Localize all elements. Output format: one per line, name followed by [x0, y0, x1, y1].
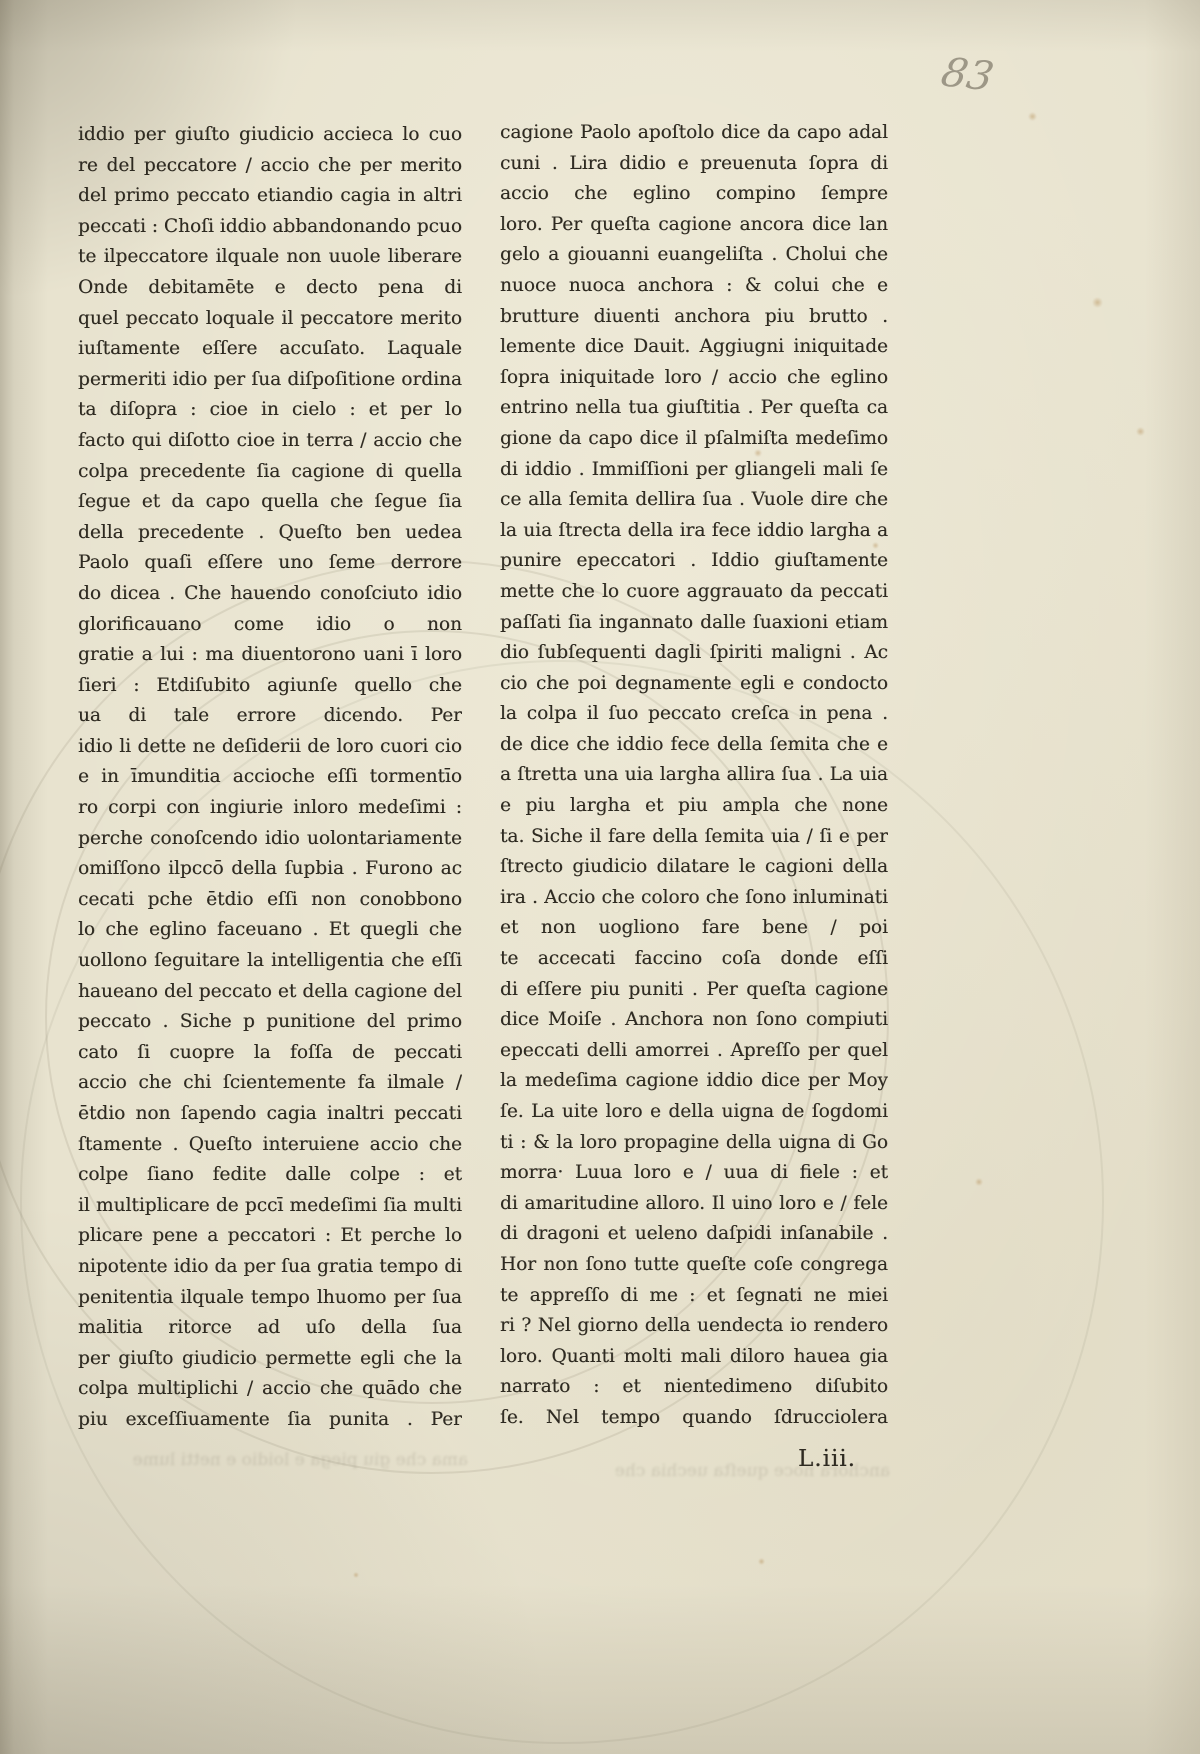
- showthrough-text: ama che giu piega e loidio e netti lume: [90, 1450, 468, 1470]
- text-line: la uia ſtrecta della ira fece iddio larg…: [500, 516, 888, 547]
- foxing-spot: [1092, 297, 1103, 308]
- text-line: di dragoni et ueleno daſpidi inſanabile …: [500, 1219, 888, 1250]
- text-line: gione da capo dice il pſalmiſta medeſimo: [500, 424, 888, 455]
- foxing-spot: [1136, 427, 1145, 436]
- text-line: ri ? Nel giorno della uendecta io render…: [500, 1311, 888, 1342]
- text-line: cagione Paolo apoſtolo dice da capo adal: [500, 118, 888, 149]
- text-line: piu exceſſiuamente ſia punita . Per queſ…: [78, 1405, 462, 1436]
- text-line: colpe ſiano fedite dalle colpe : et acci…: [78, 1160, 462, 1191]
- text-line: penitentia ilquale tempo lhuomo per ſua: [78, 1283, 462, 1314]
- text-line: Hor non ſono tutte queſte coſe congrega: [500, 1250, 888, 1281]
- text-line: ua di tale errore dicendo. Per laqualcho…: [78, 701, 462, 732]
- text-line: cato ſi cuopre la foſſa de peccati ſegue…: [78, 1038, 462, 1069]
- handwritten-folio-number: 83: [937, 50, 997, 101]
- text-line: colpa precedente ſia cagione di quella c…: [78, 457, 462, 488]
- quire-signature: L.iii.: [798, 1446, 856, 1472]
- text-line: accio che eglino compino ſempre epeccati: [500, 179, 888, 210]
- text-line: entrino nella tua giuſtitia . Per queſta…: [500, 393, 888, 424]
- text-line: glorificauano come idio o non rendeuano: [78, 610, 462, 641]
- text-line: ce alla ſemita dellira ſua . Vuole dire …: [500, 485, 888, 516]
- text-line: e in īmunditia accioche eſſi tormentīo e…: [78, 762, 462, 793]
- text-line: il multiplicare de pccī medeſimi ſia mul…: [78, 1191, 462, 1222]
- text-line: per giuſto giudicio permette egli che la: [78, 1344, 462, 1375]
- text-line: a ſtretta una uia largha allira ſua . La…: [500, 760, 888, 791]
- text-line: ētdio non ſapendo cagia inaltri peccati …: [78, 1099, 462, 1130]
- text-line: peccato . Siche p punitione del primo pe…: [78, 1007, 462, 1038]
- text-line: te accecati faccino coſa donde eſſi meri…: [500, 944, 888, 975]
- text-line: di iddio . Immiſſioni per gliangeli mali…: [500, 455, 888, 486]
- text-line: peccati : Choſi iddio abbandonando pcuo: [78, 212, 462, 243]
- text-line: ta. Siche il fare della ſemita uia / ſi …: [500, 822, 888, 853]
- text-line: omiſſono ilpccō della ſupbia . Furono ac: [78, 854, 462, 885]
- text-line: cuni . Lira didio e preuenuta ſopra di l…: [500, 149, 888, 180]
- text-line: cecati pche ētdio eſſi non conobbono que…: [78, 885, 462, 916]
- text-line: gelo a giouanni euangeliſta . Cholui che: [500, 240, 888, 271]
- text-line: uollono ſeguitare la intelligentia che e…: [78, 946, 462, 977]
- book-page-scan: 83 iddio per giuſto giudicio accieca lo …: [0, 0, 1200, 1754]
- text-line: la medeſima cagione iddio dice per Moy: [500, 1066, 888, 1097]
- text-line: facto qui diſotto cioe in terra / accio …: [78, 426, 462, 457]
- text-line: iuſtamente eſſere accuſato. Laquale choſ…: [78, 334, 462, 365]
- text-line: Paolo quaſi eſſere uno ſeme derrore quan: [78, 548, 462, 579]
- text-line: morra· Luua loro e / uua di fiele : et a…: [500, 1158, 888, 1189]
- text-line: plicare pene a peccatori : Et perche lo …: [78, 1221, 462, 1252]
- text-line: la colpa il ſuo peccato creſca in pena .…: [500, 699, 888, 730]
- text-line: ro corpi con ingiurie inloro medeſimi : …: [78, 793, 462, 824]
- text-line: epeccati delli amorrei . Apreſſo per que…: [500, 1036, 888, 1067]
- text-column-left: iddio per giuſto giudicio accieca lo cuo…: [78, 120, 462, 1436]
- text-line: et non uogliono fare bene / poi giuſtame…: [500, 913, 888, 944]
- text-column-right: cagione Paolo apoſtolo dice da capo adal…: [500, 118, 888, 1434]
- text-line: dio ſubſequenti dagli ſpiriti maligni . …: [500, 638, 888, 669]
- foxing-spot: [758, 1558, 765, 1565]
- text-line: cio che poi degnamente egli e condocto a…: [500, 669, 888, 700]
- text-line: punire epeccatori . Iddio giuſtamente pe…: [500, 546, 888, 577]
- text-line: di amaritudine alloro. Il uino loro e / …: [500, 1189, 888, 1220]
- foxing-spot: [975, 1178, 983, 1186]
- text-line: ſe. La uite loro e della uigna de ſogdom…: [500, 1097, 888, 1128]
- text-line: narrato : et nientedimeno diſubito aggiu…: [500, 1372, 888, 1403]
- text-line: nuoce nuoca anchora : & colui che e nell…: [500, 271, 888, 302]
- text-line: brutture diuenti anchora piu brutto . Si…: [500, 302, 888, 333]
- text-line: perche conoſcendo idio uolontariamente: [78, 824, 462, 855]
- text-line: quel peccato loquale il peccatore merito: [78, 304, 462, 335]
- text-line: della precedente . Queſto ben uedea ſact…: [78, 518, 462, 549]
- text-line: dice Moiſe . Anchora non ſono compiuti: [500, 1005, 888, 1036]
- text-line: mette che lo cuore aggrauato da peccati: [500, 577, 888, 608]
- text-line: Onde debitamēte e decto pena di peccato: [78, 273, 462, 304]
- foxing-spot: [353, 1572, 359, 1578]
- text-line: ſe. Nel tempo quando ſdrucciolera: [500, 1403, 888, 1434]
- text-line: e piu largha et piu ampla che none laſem…: [500, 791, 888, 822]
- text-line: re del peccatore / accio che per merito: [78, 151, 462, 182]
- text-line: malitia ritorce ad uſo della ſua iniquit…: [78, 1313, 462, 1344]
- text-line: ſopra iniquitade loro / accio che eglino…: [500, 363, 888, 394]
- text-line: accio che chi ſcientemente fa ilmale / d…: [78, 1068, 462, 1099]
- text-line: ti : & la loro propagine della uigna di …: [500, 1128, 888, 1159]
- text-line: colpa multiplichi / accio che quādo che …: [78, 1374, 462, 1405]
- text-line: lo che eglino faceuano . Et quegli che n…: [78, 915, 462, 946]
- text-line: ira . Accio che coloro che ſono inlumina…: [500, 883, 888, 914]
- text-line: di eſſere piu puniti . Per queſta cagion…: [500, 975, 888, 1006]
- text-line: paſſati ſia ingannato dalle ſuaxioni eti…: [500, 608, 888, 639]
- text-line: loro. Quanti molti mali diloro hauea gia: [500, 1342, 888, 1373]
- text-line: del primo peccato etiandio cagia in altr…: [78, 181, 462, 212]
- text-line: loro. Per queſta cagione ancora dice lan: [500, 210, 888, 241]
- text-line: lemente dice Dauit. Aggiugni iniquitade: [500, 332, 888, 363]
- text-line: permeriti idio per ſua diſpoſitione ordi…: [78, 365, 462, 396]
- text-line: ſtrecto giudicio dilatare le cagioni del…: [500, 852, 888, 883]
- text-line: ſtamente . Queſto interuiene accio che l…: [78, 1130, 462, 1161]
- text-line: iddio per giuſto giudicio accieca lo cuo: [78, 120, 462, 151]
- text-line: de dice che iddio fece della ſemita che …: [500, 730, 888, 761]
- text-line: idio li dette ne deſiderii de loro cuori…: [78, 732, 462, 763]
- text-line: ta diſopra : cioe in cielo : et per lo p…: [78, 395, 462, 426]
- text-line: ſegue et da capo quella che ſegue ſia pe…: [78, 487, 462, 518]
- foxing-spot: [1028, 112, 1037, 121]
- text-line: do dicea . Che hauendo conoſciuto idio n…: [78, 579, 462, 610]
- text-line: ſieri : Etdiſubito agiunſe quello che ſu…: [78, 671, 462, 702]
- text-line: te appreſſo di me : et ſegnati ne miei t…: [500, 1281, 888, 1312]
- text-line: haueano del peccato et della cagione del: [78, 977, 462, 1008]
- text-line: nipotente idio da per ſua gratia tempo d…: [78, 1252, 462, 1283]
- text-line: te ilpeccatore ilquale non uuole liberar…: [78, 242, 462, 273]
- text-line: gratie a lui : ma diuentorono uani ī lor…: [78, 640, 462, 671]
